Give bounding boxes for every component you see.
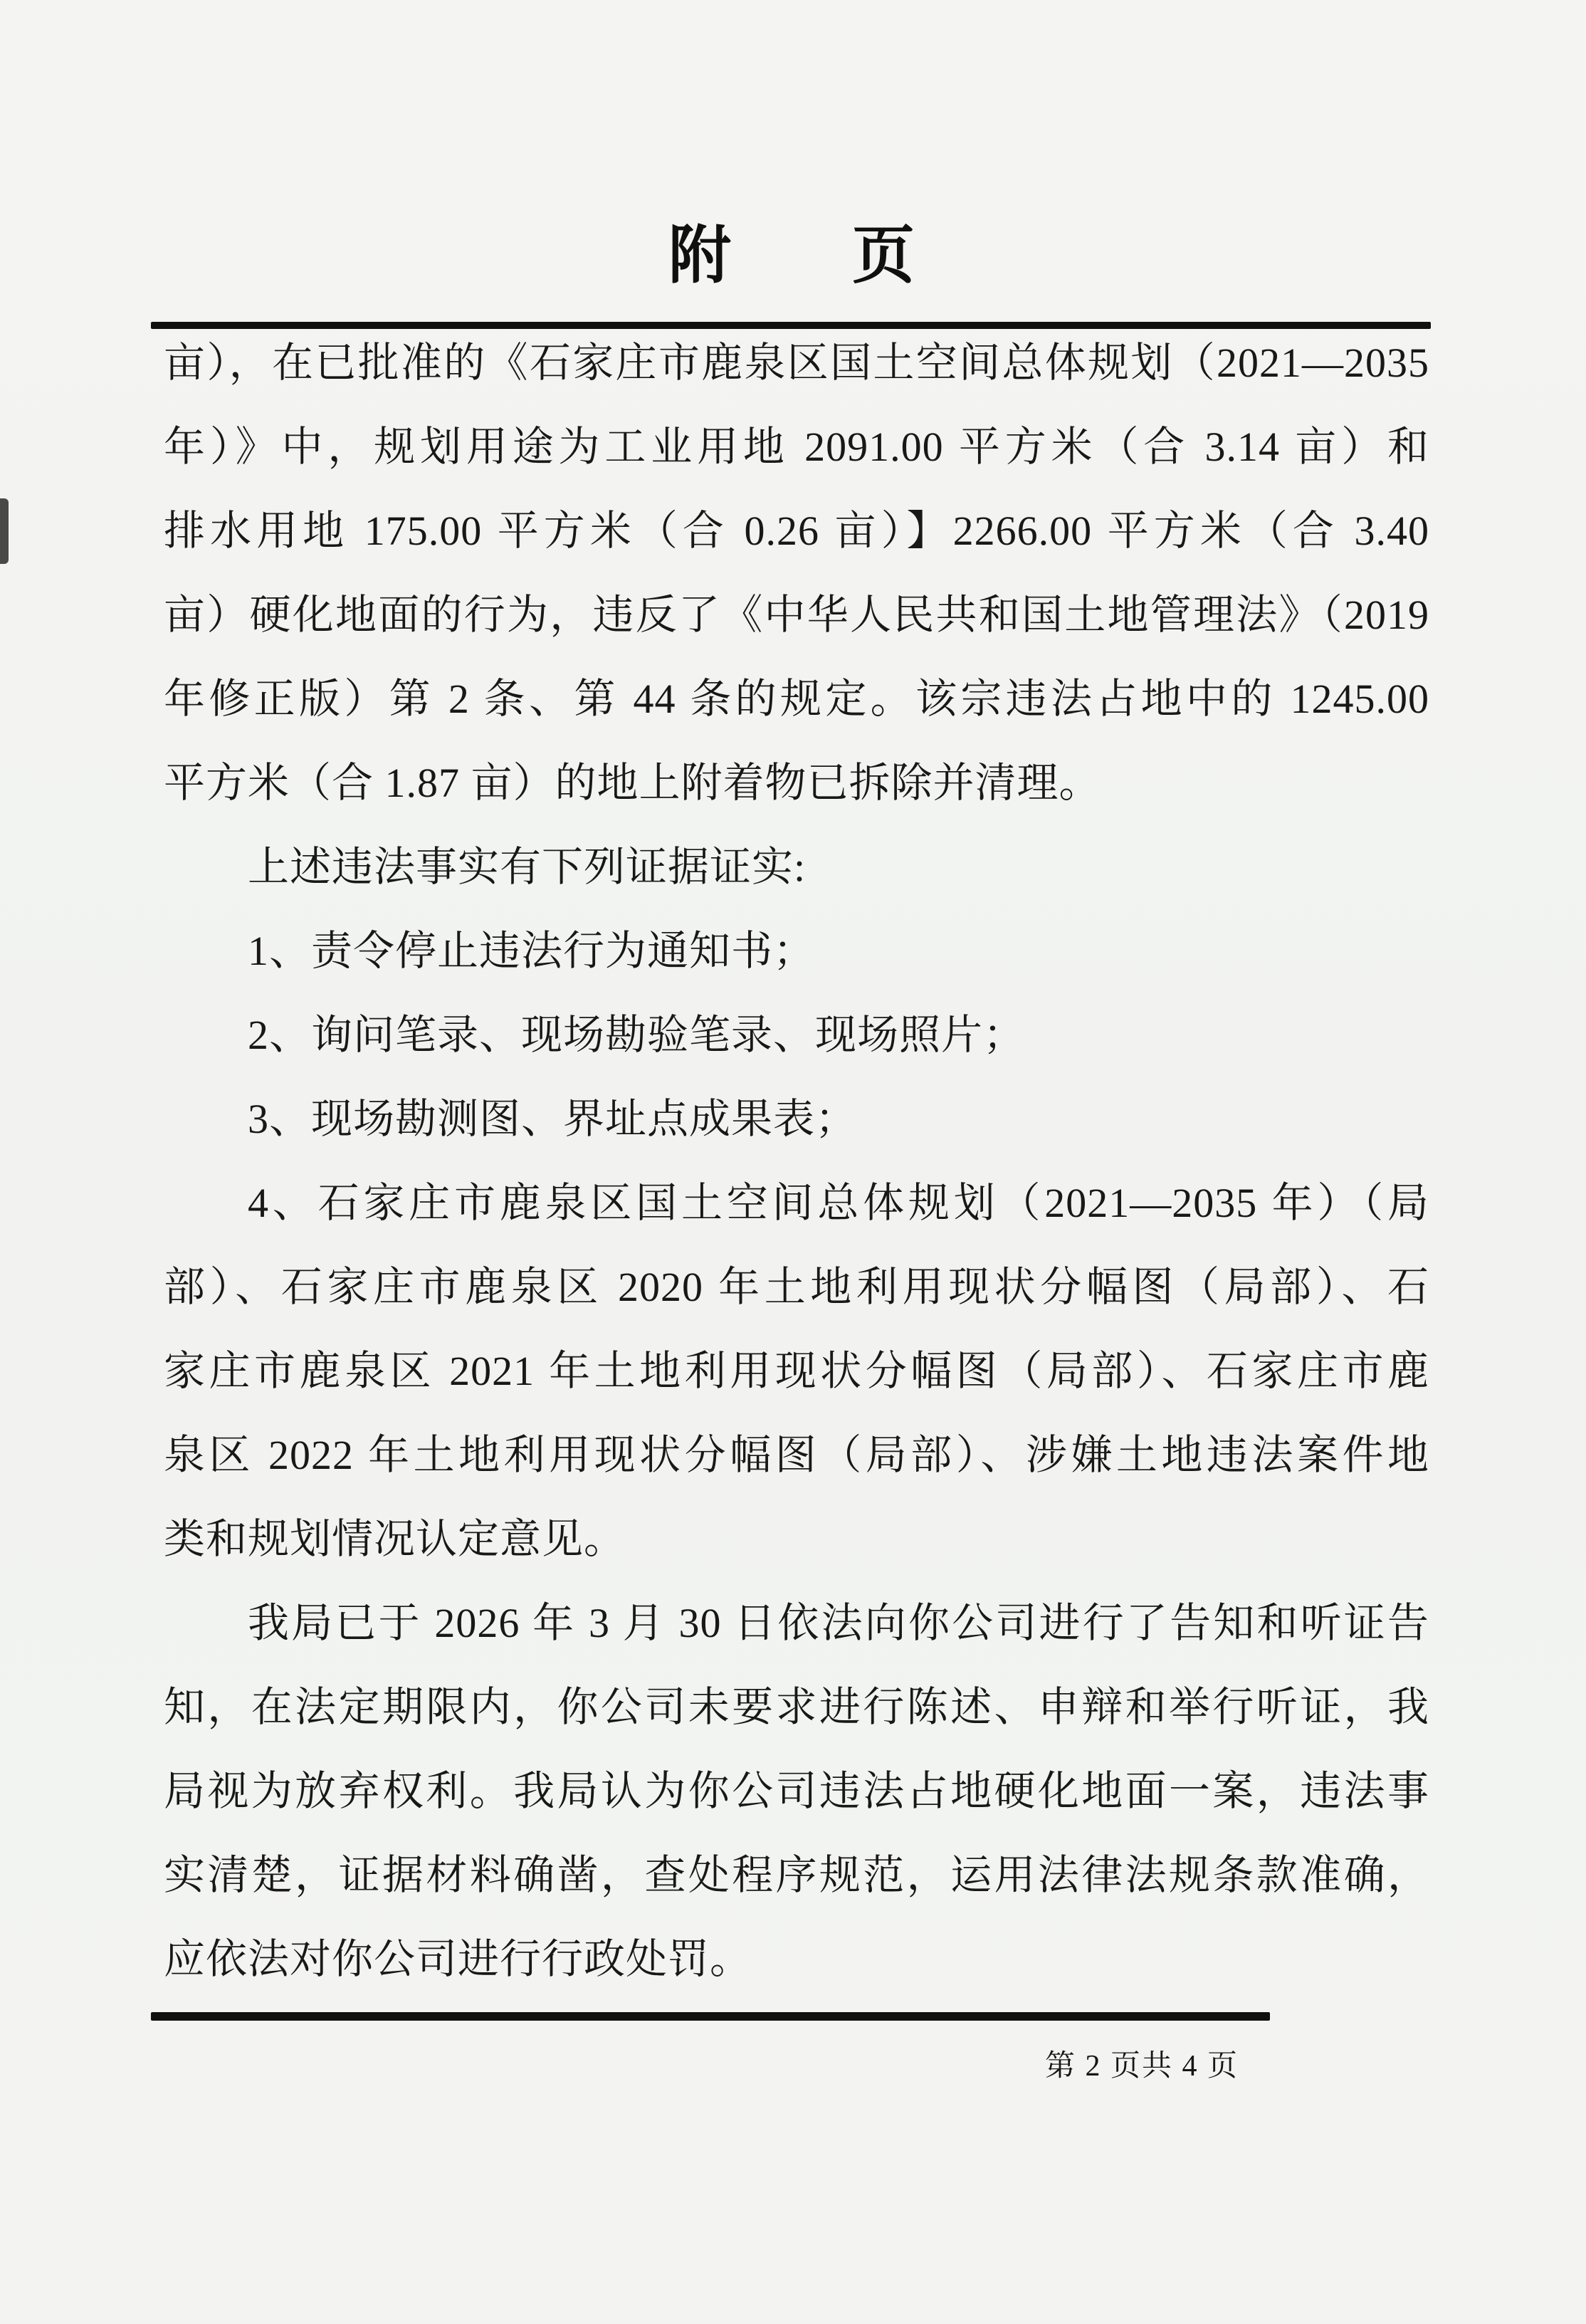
text-line: 亩），在已批准的《石家庄市鹿泉区国土空间总体规划（2021—2035 [164, 321, 1429, 405]
text-line: 家庄市鹿泉区 2021 年土地利用现状分幅图（局部）、石家庄市鹿 [164, 1329, 1429, 1413]
scan-artifact [0, 498, 9, 564]
footer-rule [151, 2012, 1270, 2021]
text-line: 类和规划情况认定意见。 [164, 1497, 1429, 1581]
text-line: 实清楚，证据材料确凿，查处程序规范，运用法律法规条款准确， [164, 1833, 1429, 1917]
page-title: 附 页 [0, 219, 1586, 295]
text-line: 平方米（合 1.87 亩）的地上附着物已拆除并清理。 [164, 741, 1429, 825]
text-line: 应依法对你公司进行行政处罚。 [164, 1917, 1429, 2001]
text-line: 3、现场勘测图、界址点成果表； [164, 1077, 1429, 1161]
text-line: 亩）硬化地面的行为，违反了《中华人民共和国土地管理法》（2019 [164, 573, 1429, 657]
text-line: 我局已于 2026 年 3 月 30 日依法向你公司进行了告知和听证告 [164, 1581, 1429, 1665]
text-line: 知，在法定期限内，你公司未要求进行陈述、申辩和举行听证，我 [164, 1665, 1429, 1749]
document-body: 亩），在已批准的《石家庄市鹿泉区国土空间总体规划（2021—2035年）》中，规… [164, 321, 1429, 2001]
text-line: 1、责令停止违法行为通知书； [164, 909, 1429, 993]
text-line: 部）、石家庄市鹿泉区 2020 年土地利用现状分幅图（局部）、石 [164, 1245, 1429, 1329]
text-line: 年修正版）第 2 条、第 44 条的规定。该宗违法占地中的 1245.00 [164, 657, 1429, 741]
text-line: 4、石家庄市鹿泉区国土空间总体规划（2021—2035 年）（局 [164, 1161, 1429, 1245]
text-line: 泉区 2022 年土地利用现状分幅图（局部）、涉嫌土地违法案件地 [164, 1413, 1429, 1497]
page-number: 第 2 页共 4 页 [1045, 2045, 1239, 2088]
text-line: 排水用地 175.00 平方米（合 0.26 亩）】2266.00 平方米（合 … [164, 489, 1429, 573]
text-line: 年）》中，规划用途为工业用地 2091.00 平方米（合 3.14 亩）和 [164, 405, 1429, 489]
text-line: 局视为放弃权利。我局认为你公司违法占地硬化地面一案，违法事 [164, 1749, 1429, 1833]
text-line: 上述违法事实有下列证据证实: [164, 825, 1429, 909]
document-page: 附 页 亩），在已批准的《石家庄市鹿泉区国土空间总体规划（2021—2035年）… [0, 0, 1586, 2324]
text-line: 2、询问笔录、现场勘验笔录、现场照片； [164, 993, 1429, 1077]
